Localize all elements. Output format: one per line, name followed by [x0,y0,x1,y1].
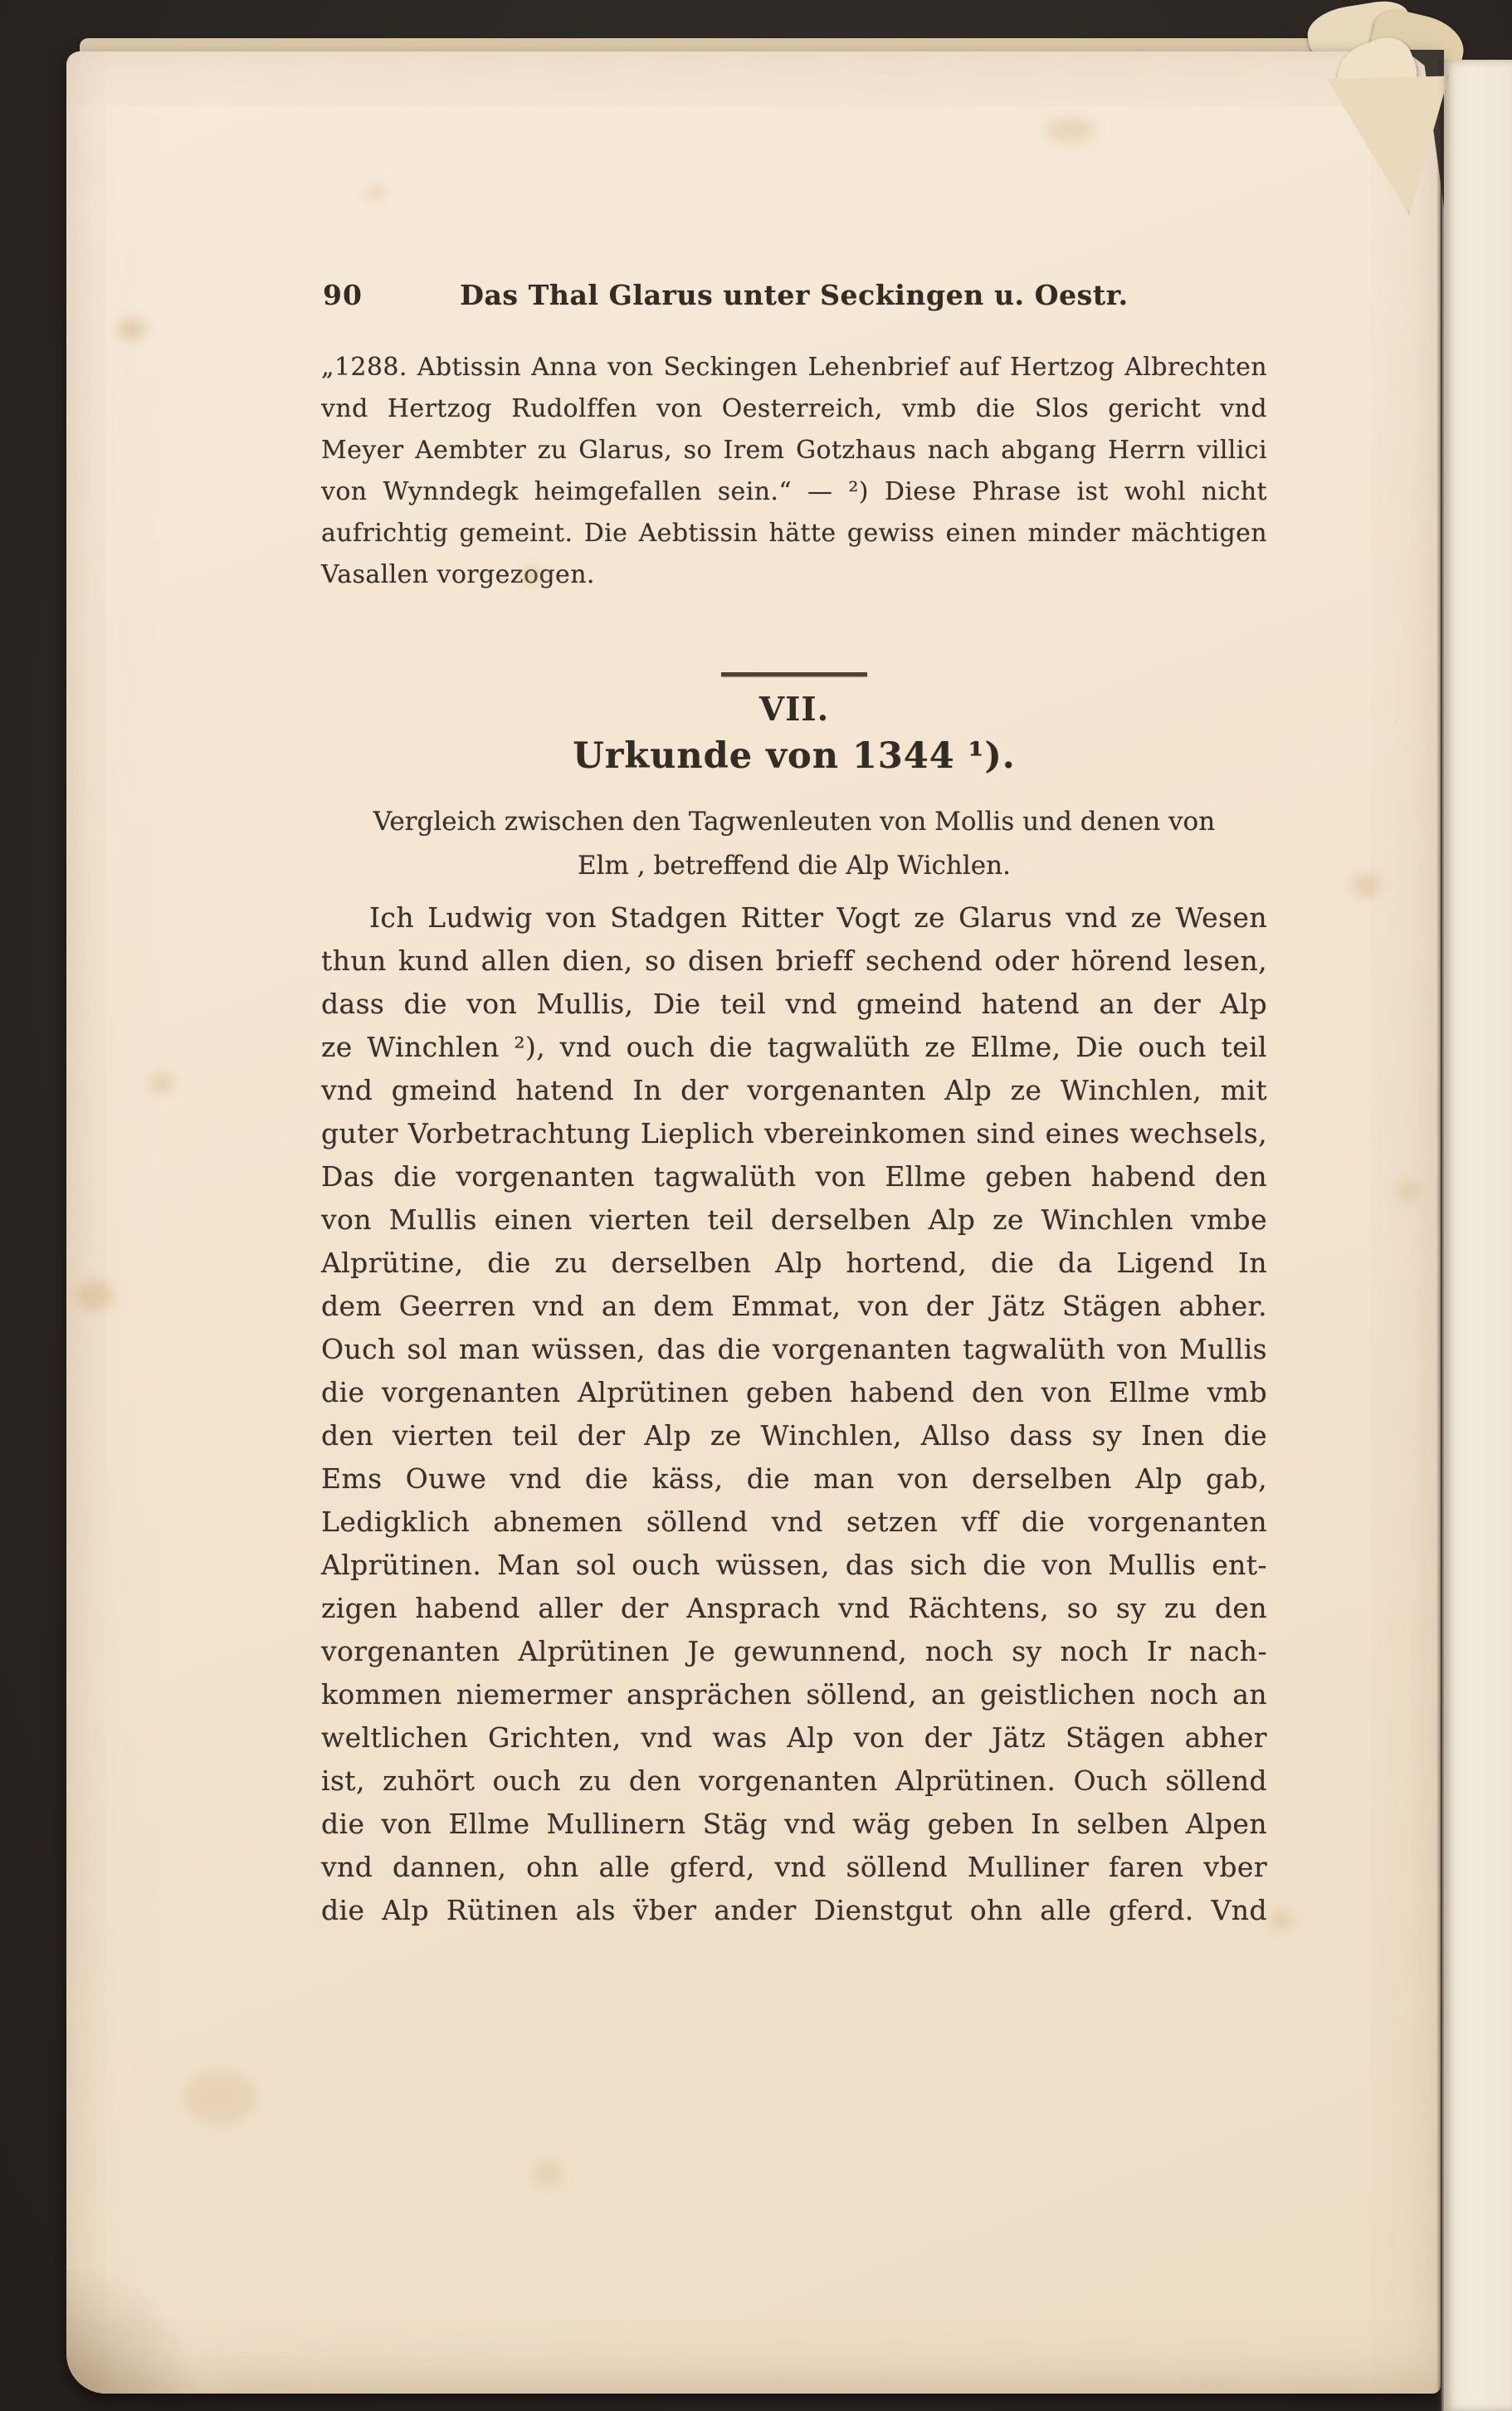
body-text-line: ze Winchlen ²), vnd ouch die tagwalüth z… [321,1026,1267,1069]
body-text-line: Das die vorgenanten tagwalüth von Ellme … [321,1155,1267,1198]
page-crease [1436,60,1444,2411]
section-number: VII. [321,691,1267,729]
body-text-line: Ems Ouwe vnd die käss, die man von derse… [321,1457,1267,1501]
stain [76,1280,113,1311]
subtitle-line: Vergleich zwischen den Tagwenleuten von … [321,800,1267,844]
body-text-line: Ich Ludwig von Stadgen Ritter Vogt ze Gl… [321,896,1267,940]
body-text-line: kommen niemermer ansprächen söllend, an … [321,1673,1267,1716]
footnote-paragraph: „1288. Abtissin Anna von Seckingen Lehen… [321,347,1267,596]
body-text-line: die von Ellme Mullinern Stäg vnd wäg geb… [321,1803,1267,1846]
section-divider-rule [721,672,867,676]
book-page: 90 Das Thal Glarus unter Seckingen u. Oe… [66,51,1441,2394]
body-text-line: den vierten teil der Alp ze Winchlen, Al… [321,1414,1267,1457]
footnote-line: „1288. Abtissin Anna von Seckingen Lehen… [321,347,1267,388]
body-text-line: von Mullis einen vierten teil derselben … [321,1198,1267,1242]
body-text-line: die vorgenanten Alprütinen geben habend … [321,1371,1267,1414]
footnote-line: vnd Hertzog Rudolffen von Oesterreich, v… [321,388,1267,430]
facing-page-edge [1444,60,1512,2411]
stain [531,2160,564,2188]
body-text-line: Alprütine, die zu derselben Alp hortend,… [321,1242,1267,1285]
stain [1396,1180,1421,1202]
stain [1351,873,1381,898]
subtitle-line: Elm , betreffend die Alp Wichlen. [321,844,1267,888]
stain [149,1072,174,1094]
stain [365,184,387,201]
page-corner-shadow [66,2269,207,2394]
body-text-line: vorgenanten Alprütinen Je gewunnend, noc… [321,1630,1267,1673]
stain [1046,118,1095,143]
running-header: Das Thal Glarus unter Seckingen u. Oestr… [321,279,1267,311]
page-header: 90 Das Thal Glarus unter Seckingen u. Oe… [321,279,1267,315]
footnote-line: Vasallen vorgezogen. [321,554,1267,596]
section-subtitle: Vergleich zwischen den Tagwenleuten von … [321,800,1267,888]
footnote-line: aufrichtig gemeint. Die Aebtissin hätte … [321,513,1267,554]
section-title: Urkunde von 1344 ¹). [321,735,1267,777]
body-text-line: guter Vorbetrachtung Lieplich vbereinkom… [321,1112,1267,1155]
body-text-line: weltlichen Grichten, vnd was Alp von der… [321,1716,1267,1759]
body-text-line: Alprütinen. Man sol ouch wüssen, das sic… [321,1544,1267,1587]
stain [118,319,146,340]
body-text-line: dem Geerren vnd an dem Emmat, von der Jä… [321,1285,1267,1328]
body-text-line: zigen habend aller der Ansprach vnd Räch… [321,1587,1267,1630]
body-text-line: thun kund allen dien, so disen brieff se… [321,940,1267,983]
body-text-line: vnd gmeind hatend In der vorgenanten Alp… [321,1069,1267,1112]
footnote-line: Meyer Aembter zu Glarus, so Irem Gotzhau… [321,430,1267,471]
body-text-line: ist, zuhört ouch zu den vorgenanten Alpr… [321,1759,1267,1803]
stain [183,2068,257,2126]
scanned-book-page: 90 Das Thal Glarus unter Seckingen u. Oe… [0,0,1512,2411]
stain [1270,1911,1293,1930]
charter-text-paragraph: Ich Ludwig von Stadgen Ritter Vogt ze Gl… [321,896,1267,1932]
body-text-line: die Alp Rütinen als v̈ber ander Dienstgu… [321,1889,1267,1932]
footnote-line: von Wynndegk heimgefallen sein.“ — ²) Di… [321,471,1267,513]
body-text-line: dass die von Mullis, Die teil vnd gmeind… [321,983,1267,1026]
body-text-line: Ledigklich abnemen söllend vnd setzen vf… [321,1501,1267,1544]
body-text-line: vnd dannen, ohn alle gferd, vnd söllend … [321,1846,1267,1889]
body-text-line: Ouch sol man wüssen, das die vorgenanten… [321,1328,1267,1371]
